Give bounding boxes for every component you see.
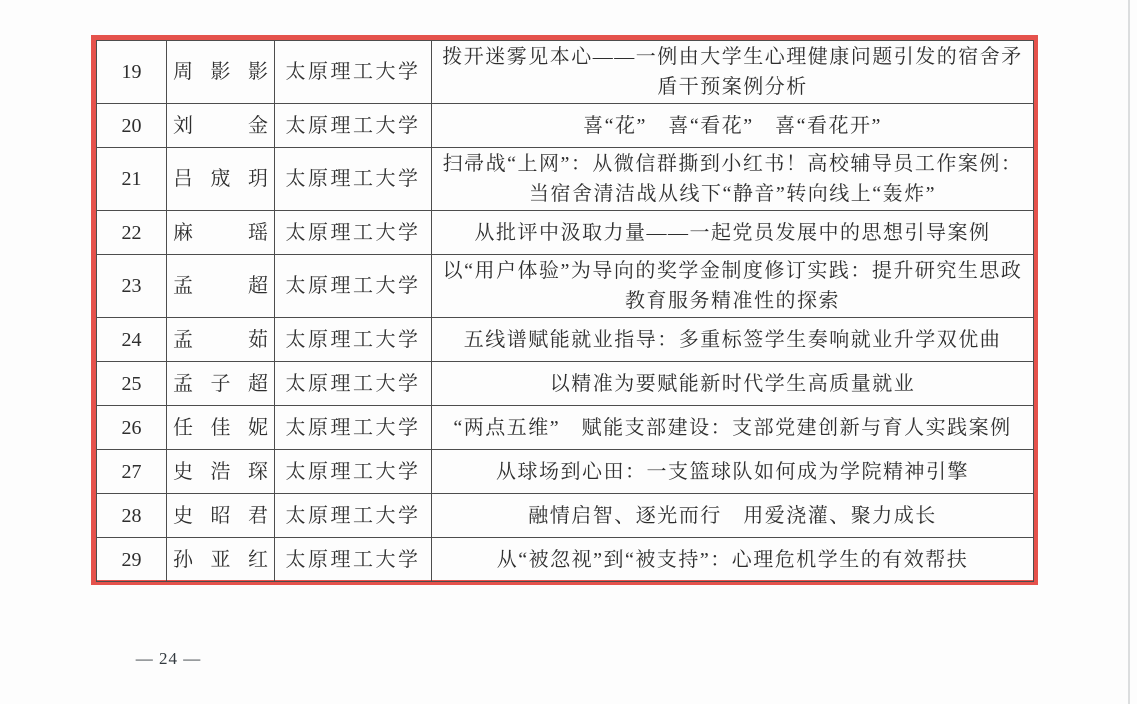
case-title: 以精准为要赋能新时代学生高质量就业 bbox=[432, 362, 1034, 406]
document-page: { "page": { "background": "#fdfdfd", "ed… bbox=[0, 0, 1137, 704]
student-name: 周影影 bbox=[167, 41, 275, 104]
student-name: 吕宬玥 bbox=[167, 148, 275, 211]
results-table: 19周影影太原理工大学拨开迷雾见本心——一例由大学生心理健康问题引发的宿舍矛盾干… bbox=[96, 40, 1034, 582]
table-row: 27史浩琛太原理工大学从球场到心田：一支篮球队如何成为学院精神引擎 bbox=[97, 450, 1034, 494]
case-title: 五线谱赋能就业指导：多重标签学生奏响就业升学双优曲 bbox=[432, 318, 1034, 362]
page-number: — 24 — bbox=[96, 649, 241, 669]
university-name: 太原理工大学 bbox=[275, 41, 432, 104]
university-name: 太原理工大学 bbox=[275, 148, 432, 211]
university-name: 太原理工大学 bbox=[275, 104, 432, 148]
row-number: 26 bbox=[97, 406, 167, 450]
table-row: 25孟子超太原理工大学以精准为要赋能新时代学生高质量就业 bbox=[97, 362, 1034, 406]
case-title: 拨开迷雾见本心——一例由大学生心理健康问题引发的宿舍矛盾干预案例分析 bbox=[432, 41, 1034, 104]
table-row: 22麻瑶太原理工大学从批评中汲取力量——一起党员发展中的思想引导案例 bbox=[97, 211, 1034, 255]
page-edge-line bbox=[1128, 0, 1130, 704]
case-title: 从批评中汲取力量——一起党员发展中的思想引导案例 bbox=[432, 211, 1034, 255]
case-title: 扫帚战“上网”：从微信群撕到小红书！高校辅导员工作案例：当宿舍清洁战从线下“静音… bbox=[432, 148, 1034, 211]
row-number: 24 bbox=[97, 318, 167, 362]
table-row: 21吕宬玥太原理工大学扫帚战“上网”：从微信群撕到小红书！高校辅导员工作案例：当… bbox=[97, 148, 1034, 211]
university-name: 太原理工大学 bbox=[275, 406, 432, 450]
table-row: 26任佳妮太原理工大学“两点五维” 赋能支部建设：支部党建创新与育人实践案例 bbox=[97, 406, 1034, 450]
student-name: 史浩琛 bbox=[167, 450, 275, 494]
table-row: 29孙亚红太原理工大学从“被忽视”到“被支持”：心理危机学生的有效帮扶 bbox=[97, 538, 1034, 582]
case-title: 融情启智、逐光而行 用爱浇灌、聚力成长 bbox=[432, 494, 1034, 538]
student-name: 孙亚红 bbox=[167, 538, 275, 582]
university-name: 太原理工大学 bbox=[275, 318, 432, 362]
case-title: “两点五维” 赋能支部建设：支部党建创新与育人实践案例 bbox=[432, 406, 1034, 450]
student-name: 麻瑶 bbox=[167, 211, 275, 255]
row-number: 25 bbox=[97, 362, 167, 406]
row-number: 28 bbox=[97, 494, 167, 538]
university-name: 太原理工大学 bbox=[275, 211, 432, 255]
student-name: 史昭君 bbox=[167, 494, 275, 538]
row-number: 21 bbox=[97, 148, 167, 211]
university-name: 太原理工大学 bbox=[275, 450, 432, 494]
case-title: 从球场到心田：一支篮球队如何成为学院精神引擎 bbox=[432, 450, 1034, 494]
table-row: 28史昭君太原理工大学融情启智、逐光而行 用爱浇灌、聚力成长 bbox=[97, 494, 1034, 538]
row-number: 20 bbox=[97, 104, 167, 148]
student-name: 孟茹 bbox=[167, 318, 275, 362]
row-number: 19 bbox=[97, 41, 167, 104]
university-name: 太原理工大学 bbox=[275, 362, 432, 406]
student-name: 任佳妮 bbox=[167, 406, 275, 450]
row-number: 29 bbox=[97, 538, 167, 582]
table-row: 19周影影太原理工大学拨开迷雾见本心——一例由大学生心理健康问题引发的宿舍矛盾干… bbox=[97, 41, 1034, 104]
case-title: 喜“花” 喜“看花” 喜“看花开” bbox=[432, 104, 1034, 148]
university-name: 太原理工大学 bbox=[275, 494, 432, 538]
table-row: 20刘金太原理工大学喜“花” 喜“看花” 喜“看花开” bbox=[97, 104, 1034, 148]
student-name: 孟子超 bbox=[167, 362, 275, 406]
table-body: 19周影影太原理工大学拨开迷雾见本心——一例由大学生心理健康问题引发的宿舍矛盾干… bbox=[97, 41, 1034, 582]
table-row: 23孟超太原理工大学以“用户体验”为导向的奖学金制度修订实践：提升研究生思政教育… bbox=[97, 255, 1034, 318]
university-name: 太原理工大学 bbox=[275, 538, 432, 582]
row-number: 23 bbox=[97, 255, 167, 318]
student-name: 刘金 bbox=[167, 104, 275, 148]
row-number: 27 bbox=[97, 450, 167, 494]
case-title: 以“用户体验”为导向的奖学金制度修订实践：提升研究生思政教育服务精准性的探索 bbox=[432, 255, 1034, 318]
case-title: 从“被忽视”到“被支持”：心理危机学生的有效帮扶 bbox=[432, 538, 1034, 582]
table-row: 24孟茹太原理工大学五线谱赋能就业指导：多重标签学生奏响就业升学双优曲 bbox=[97, 318, 1034, 362]
student-name: 孟超 bbox=[167, 255, 275, 318]
university-name: 太原理工大学 bbox=[275, 255, 432, 318]
row-number: 22 bbox=[97, 211, 167, 255]
